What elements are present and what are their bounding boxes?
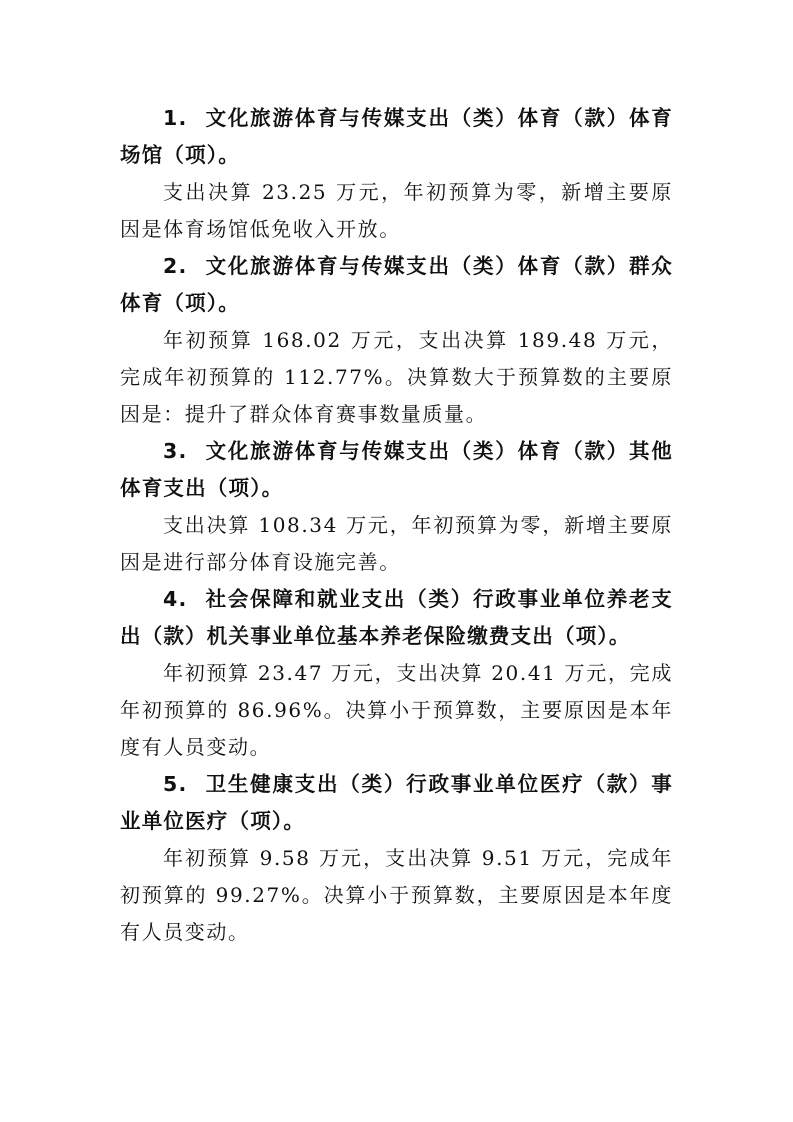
- section-body: 年初预算 168.02 万元，支出决算 189.48 万元，完成年初预算的 11…: [120, 322, 673, 433]
- section-heading: 3.文化旅游体育与传媒支出（类）体育（款）其他体育支出（项）。: [120, 433, 673, 507]
- section-5: 5.卫生健康支出（类）行政事业单位医疗（款）事业单位医疗（项）。 年初预算 9.…: [120, 766, 673, 951]
- section-body: 年初预算 23.47 万元，支出决算 20.41 万元，完成年初预算的 86.9…: [120, 655, 673, 766]
- section-body: 支出决算 108.34 万元，年初预算为零，新增主要原因是进行部分体育设施完善。: [120, 507, 673, 581]
- section-heading: 5.卫生健康支出（类）行政事业单位医疗（款）事业单位医疗（项）。: [120, 766, 673, 840]
- section-heading: 1.文化旅游体育与传媒支出（类）体育（款）体育场馆（项）。: [120, 100, 673, 174]
- section-number: 3.: [163, 433, 205, 470]
- document-page: 1.文化旅游体育与传媒支出（类）体育（款）体育场馆（项）。 支出决算 23.25…: [120, 100, 673, 951]
- section-3: 3.文化旅游体育与传媒支出（类）体育（款）其他体育支出（项）。 支出决算 108…: [120, 433, 673, 581]
- section-number: 4.: [163, 581, 205, 618]
- section-body: 支出决算 23.25 万元，年初预算为零，新增主要原因是体育场馆低免收入开放。: [120, 174, 673, 248]
- section-number: 1.: [163, 100, 205, 137]
- section-number: 2.: [163, 248, 205, 285]
- section-heading: 4.社会保障和就业支出（类）行政事业单位养老支出（款）机关事业单位基本养老保险缴…: [120, 581, 673, 655]
- section-1: 1.文化旅游体育与传媒支出（类）体育（款）体育场馆（项）。 支出决算 23.25…: [120, 100, 673, 248]
- section-body: 年初预算 9.58 万元，支出决算 9.51 万元，完成年初预算的 99.27%…: [120, 840, 673, 951]
- section-heading: 2.文化旅游体育与传媒支出（类）体育（款）群众体育（项）。: [120, 248, 673, 322]
- section-2: 2.文化旅游体育与传媒支出（类）体育（款）群众体育（项）。 年初预算 168.0…: [120, 248, 673, 433]
- section-4: 4.社会保障和就业支出（类）行政事业单位养老支出（款）机关事业单位基本养老保险缴…: [120, 581, 673, 766]
- section-number: 5.: [163, 766, 205, 803]
